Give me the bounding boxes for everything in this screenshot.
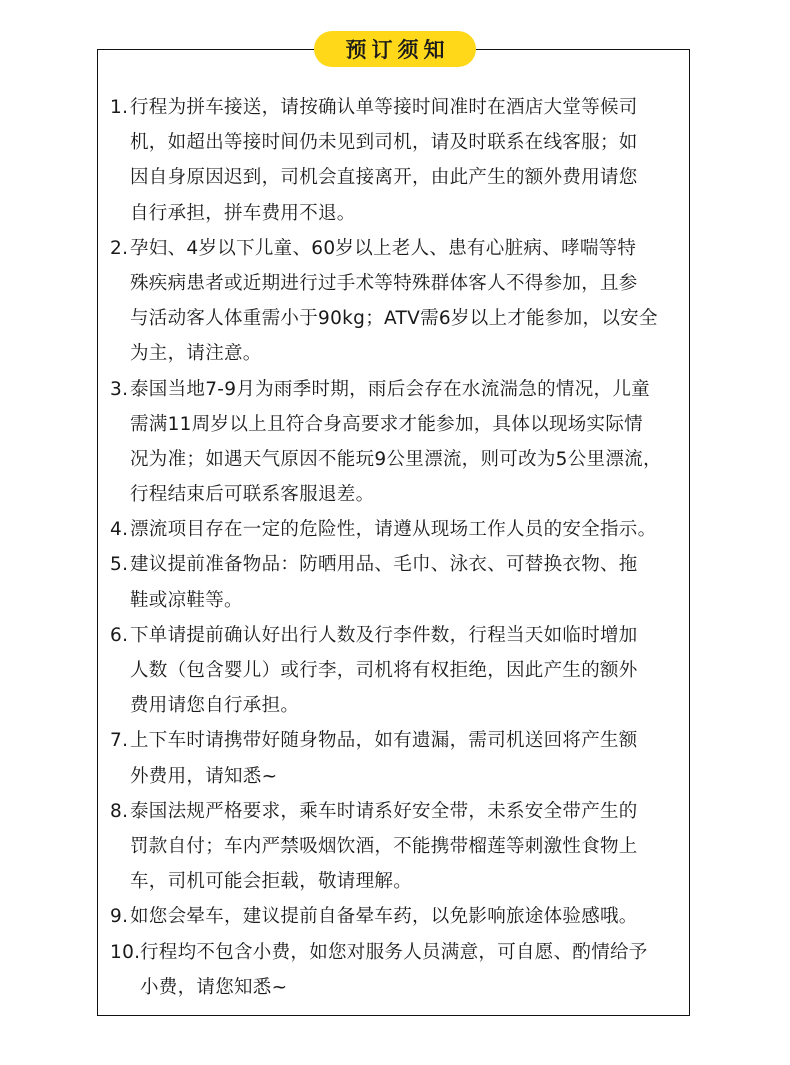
- notice-item-number: 1.: [110, 90, 130, 125]
- notice-item-text: 建议提前准备物品：防晒用品、毛巾、泳衣、可替换衣物、拖: [130, 554, 638, 575]
- notice-item-text: 车，司机可能会拒载，敬请理解。: [130, 871, 412, 892]
- notice-item-continuation-line: 因自身原因迟到，司机会直接离开，由此产生的额外费用请您: [110, 160, 690, 195]
- notice-item-text: 如您会晕车，建议提前自备晕车药，以免影响旅途体验感哦。: [130, 906, 638, 927]
- notice-item-text: 泰国法规严格要求，乘车时请系好安全带，未系安全带产生的: [130, 801, 638, 822]
- notice-item: 9.如您会晕车，建议提前自备晕车药，以免影响旅途体验感哦。: [110, 899, 690, 934]
- notice-item-number: 4.: [110, 512, 130, 547]
- notice-item-number: 7.: [110, 723, 130, 758]
- notice-item-text: 况为准；如遇天气原因不能玩9公里漂流，则可改为5公里漂流，: [130, 449, 662, 470]
- page-title: 预订须知: [341, 34, 450, 64]
- notice-item-first-line: 2.孕妇、4岁以下儿童、60岁以上老人、患有心脏病、哮喘等特: [110, 231, 690, 266]
- notice-item: 5.建议提前准备物品：防晒用品、毛巾、泳衣、可替换衣物、拖鞋或凉鞋等。: [110, 547, 690, 617]
- notice-item-text: 殊疾病患者或近期进行过手术等特殊群体客人不得参加，且参: [130, 273, 638, 294]
- notice-item: 1.行程为拼车接送，请按确认单等接时间准时在酒店大堂等候司机，如超出等接时间仍未…: [110, 90, 690, 231]
- notice-item-continuation-line: 鞋或凉鞋等。: [110, 583, 690, 618]
- notice-item-text: 小费，请您知悉~: [140, 977, 287, 998]
- notice-item: 2.孕妇、4岁以下儿童、60岁以上老人、患有心脏病、哮喘等特殊疾病患者或近期进行…: [110, 231, 690, 372]
- notice-item-text: 行程均不包含小费，如您对服务人员满意，可自愿、酌情给予: [140, 942, 648, 963]
- notice-item-first-line: 10.行程均不包含小费，如您对服务人员满意，可自愿、酌情给予: [110, 935, 690, 970]
- notice-item-text: 为主，请注意。: [130, 343, 262, 364]
- notice-list: 1.行程为拼车接送，请按确认单等接时间准时在酒店大堂等候司机，如超出等接时间仍未…: [110, 90, 690, 1005]
- title-badge: 预订须知: [314, 31, 476, 67]
- notice-item-first-line: 6.下单请提前确认好出行人数及行李件数，行程当天如临时增加: [110, 618, 690, 653]
- notice-item-continuation-line: 费用请您自行承担。: [110, 688, 690, 723]
- notice-item: 3.泰国当地7-9月为雨季时期，雨后会存在水流湍急的情况，儿童需满11周岁以上且…: [110, 372, 690, 513]
- notice-item-text: 上下车时请携带好随身物品，如有遗漏，需司机送回将产生额: [130, 730, 638, 751]
- notice-item-number: 3.: [110, 372, 130, 407]
- notice-item-first-line: 3.泰国当地7-9月为雨季时期，雨后会存在水流湍急的情况，儿童: [110, 372, 690, 407]
- notice-item-text: 机，如超出等接时间仍未见到司机，请及时联系在线客服；如: [130, 132, 638, 153]
- notice-item-continuation-line: 自行承担，拼车费用不退。: [110, 196, 690, 231]
- notice-item-text: 人数（包含婴儿）或行李，司机将有权拒绝，因此产生的额外: [130, 660, 638, 681]
- notice-item-first-line: 1.行程为拼车接送，请按确认单等接时间准时在酒店大堂等候司: [110, 90, 690, 125]
- notice-item-continuation-line: 车，司机可能会拒载，敬请理解。: [110, 864, 690, 899]
- notice-item-text: 鞋或凉鞋等。: [130, 590, 243, 611]
- notice-item-continuation-line: 外费用，请知悉~: [110, 759, 690, 794]
- notice-item-text: 泰国当地7-9月为雨季时期，雨后会存在水流湍急的情况，儿童: [130, 379, 650, 400]
- notice-item: 10.行程均不包含小费，如您对服务人员满意，可自愿、酌情给予小费，请您知悉~: [110, 935, 690, 1005]
- notice-item-continuation-line: 需满11周岁以上且符合身高要求才能参加，具体以现场实际情: [110, 407, 690, 442]
- notice-item-text: 漂流项目存在一定的危险性，请遵从现场工作人员的安全指示。: [130, 519, 656, 540]
- notice-item-continuation-line: 人数（包含婴儿）或行李，司机将有权拒绝，因此产生的额外: [110, 653, 690, 688]
- notice-item-continuation-line: 况为准；如遇天气原因不能玩9公里漂流，则可改为5公里漂流，: [110, 442, 690, 477]
- notice-item-number: 2.: [110, 231, 130, 266]
- notice-item-continuation-line: 与活动客人体重需小于90kg；ATV需6岁以上才能参加，以安全: [110, 301, 690, 336]
- notice-item-first-line: 9.如您会晕车，建议提前自备晕车药，以免影响旅途体验感哦。: [110, 899, 690, 934]
- notice-item-number: 8.: [110, 794, 130, 829]
- notice-item-text: 外费用，请知悉~: [130, 766, 277, 787]
- notice-item-text: 与活动客人体重需小于90kg；ATV需6岁以上才能参加，以安全: [130, 308, 658, 329]
- notice-item-first-line: 8.泰国法规严格要求，乘车时请系好安全带，未系安全带产生的: [110, 794, 690, 829]
- notice-item-text: 费用请您自行承担。: [130, 695, 299, 716]
- notice-item: 7.上下车时请携带好随身物品，如有遗漏，需司机送回将产生额外费用，请知悉~: [110, 723, 690, 793]
- notice-item-first-line: 7.上下车时请携带好随身物品，如有遗漏，需司机送回将产生额: [110, 723, 690, 758]
- notice-item-continuation-line: 为主，请注意。: [110, 336, 690, 371]
- notice-item-text: 因自身原因迟到，司机会直接离开，由此产生的额外费用请您: [130, 167, 638, 188]
- notice-item: 6.下单请提前确认好出行人数及行李件数，行程当天如临时增加人数（包含婴儿）或行李…: [110, 618, 690, 724]
- notice-item-text: 罚款自付；车内严禁吸烟饮酒，不能携带榴莲等刺激性食物上: [130, 836, 638, 857]
- notice-item-first-line: 4.漂流项目存在一定的危险性，请遵从现场工作人员的安全指示。: [110, 512, 690, 547]
- notice-item-continuation-line: 罚款自付；车内严禁吸烟饮酒，不能携带榴莲等刺激性食物上: [110, 829, 690, 864]
- notice-item-number: 5.: [110, 547, 130, 582]
- notice-item-text: 孕妇、4岁以下儿童、60岁以上老人、患有心脏病、哮喘等特: [130, 238, 636, 259]
- notice-item-text: 行程为拼车接送，请按确认单等接时间准时在酒店大堂等候司: [130, 97, 638, 118]
- notice-item-first-line: 5.建议提前准备物品：防晒用品、毛巾、泳衣、可替换衣物、拖: [110, 547, 690, 582]
- notice-item-continuation-line: 殊疾病患者或近期进行过手术等特殊群体客人不得参加，且参: [110, 266, 690, 301]
- notice-item: 4.漂流项目存在一定的危险性，请遵从现场工作人员的安全指示。: [110, 512, 690, 547]
- notice-item-text: 行程结束后可联系客服退差。: [130, 484, 374, 505]
- notice-item-number: 6.: [110, 618, 130, 653]
- notice-item-number: 9.: [110, 899, 130, 934]
- notice-item-number: 10.: [110, 935, 140, 970]
- notice-item-text: 需满11周岁以上且符合身高要求才能参加，具体以现场实际情: [130, 414, 643, 435]
- notice-item-continuation-line: 机，如超出等接时间仍未见到司机，请及时联系在线客服；如: [110, 125, 690, 160]
- notice-item-continuation-line: 小费，请您知悉~: [110, 970, 690, 1005]
- notice-item-text: 自行承担，拼车费用不退。: [130, 203, 356, 224]
- notice-item-text: 下单请提前确认好出行人数及行李件数，行程当天如临时增加: [130, 625, 638, 646]
- notice-item-continuation-line: 行程结束后可联系客服退差。: [110, 477, 690, 512]
- notice-item: 8.泰国法规严格要求，乘车时请系好安全带，未系安全带产生的罚款自付；车内严禁吸烟…: [110, 794, 690, 900]
